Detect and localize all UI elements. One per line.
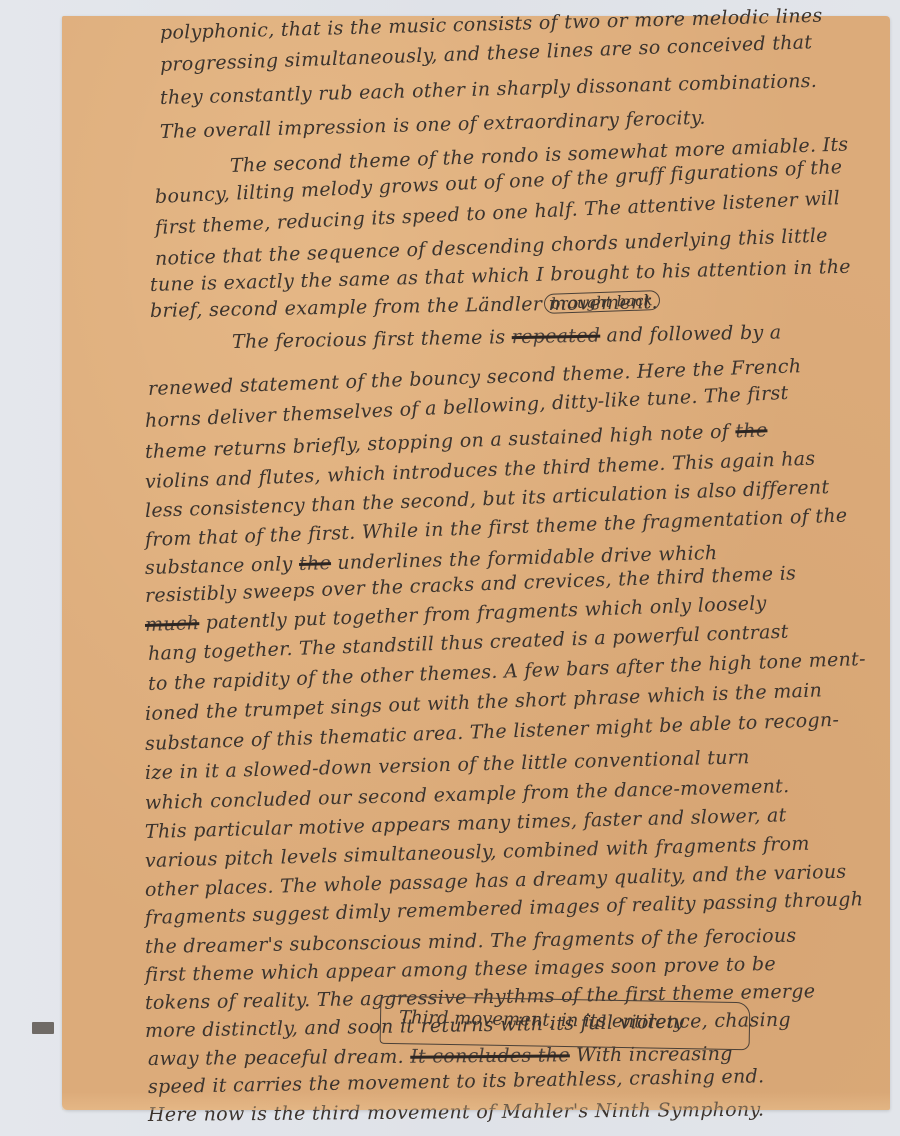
text-line: first theme which appear among these ima… xyxy=(145,953,776,986)
struck-word: It concludes the xyxy=(410,1044,570,1067)
text-line: The ferocious first theme is repeated an… xyxy=(232,321,782,353)
line-text: away the peaceful dream. xyxy=(148,1046,404,1070)
struck-word: the xyxy=(735,419,768,442)
text-line: speed it carries the movement to its bre… xyxy=(148,1065,765,1098)
line-text: The overall impression is one of extraor… xyxy=(160,107,706,143)
text-line: The overall impression is one of extraor… xyxy=(160,107,706,143)
manuscript-page: 9 polyphonic, that is the music consists… xyxy=(62,16,890,1110)
boxed-note-text: Third movement, in its entirety xyxy=(399,1007,684,1033)
text-line: Here now is the third movement of Mahler… xyxy=(148,1099,764,1126)
boxed-note: Third movement, in its entirety xyxy=(380,996,751,1050)
struck-word: much xyxy=(145,612,200,636)
line-text: first theme which appear among these ima… xyxy=(145,953,776,986)
line-text: The ferocious first theme is xyxy=(232,326,506,353)
struck-word: the xyxy=(299,552,332,575)
line-text: they constantly rub each other in sharpl… xyxy=(160,70,818,109)
line-text: the dreamer's subconscious mind. The fra… xyxy=(145,925,797,958)
struck-word: repeated xyxy=(512,325,601,349)
text-line: they constantly rub each other in sharpl… xyxy=(160,70,818,109)
line-text: substance only xyxy=(145,553,293,579)
line-text: speed it carries the movement to its bre… xyxy=(148,1065,765,1098)
text-line: the dreamer's subconscious mind. The fra… xyxy=(145,925,797,958)
page-tab-mark xyxy=(32,1022,54,1034)
line-text: Here now is the third movement of Mahler… xyxy=(148,1099,764,1126)
line-text-continued: and followed by a xyxy=(600,321,782,346)
insertion-annotation: brought back xyxy=(544,290,660,314)
